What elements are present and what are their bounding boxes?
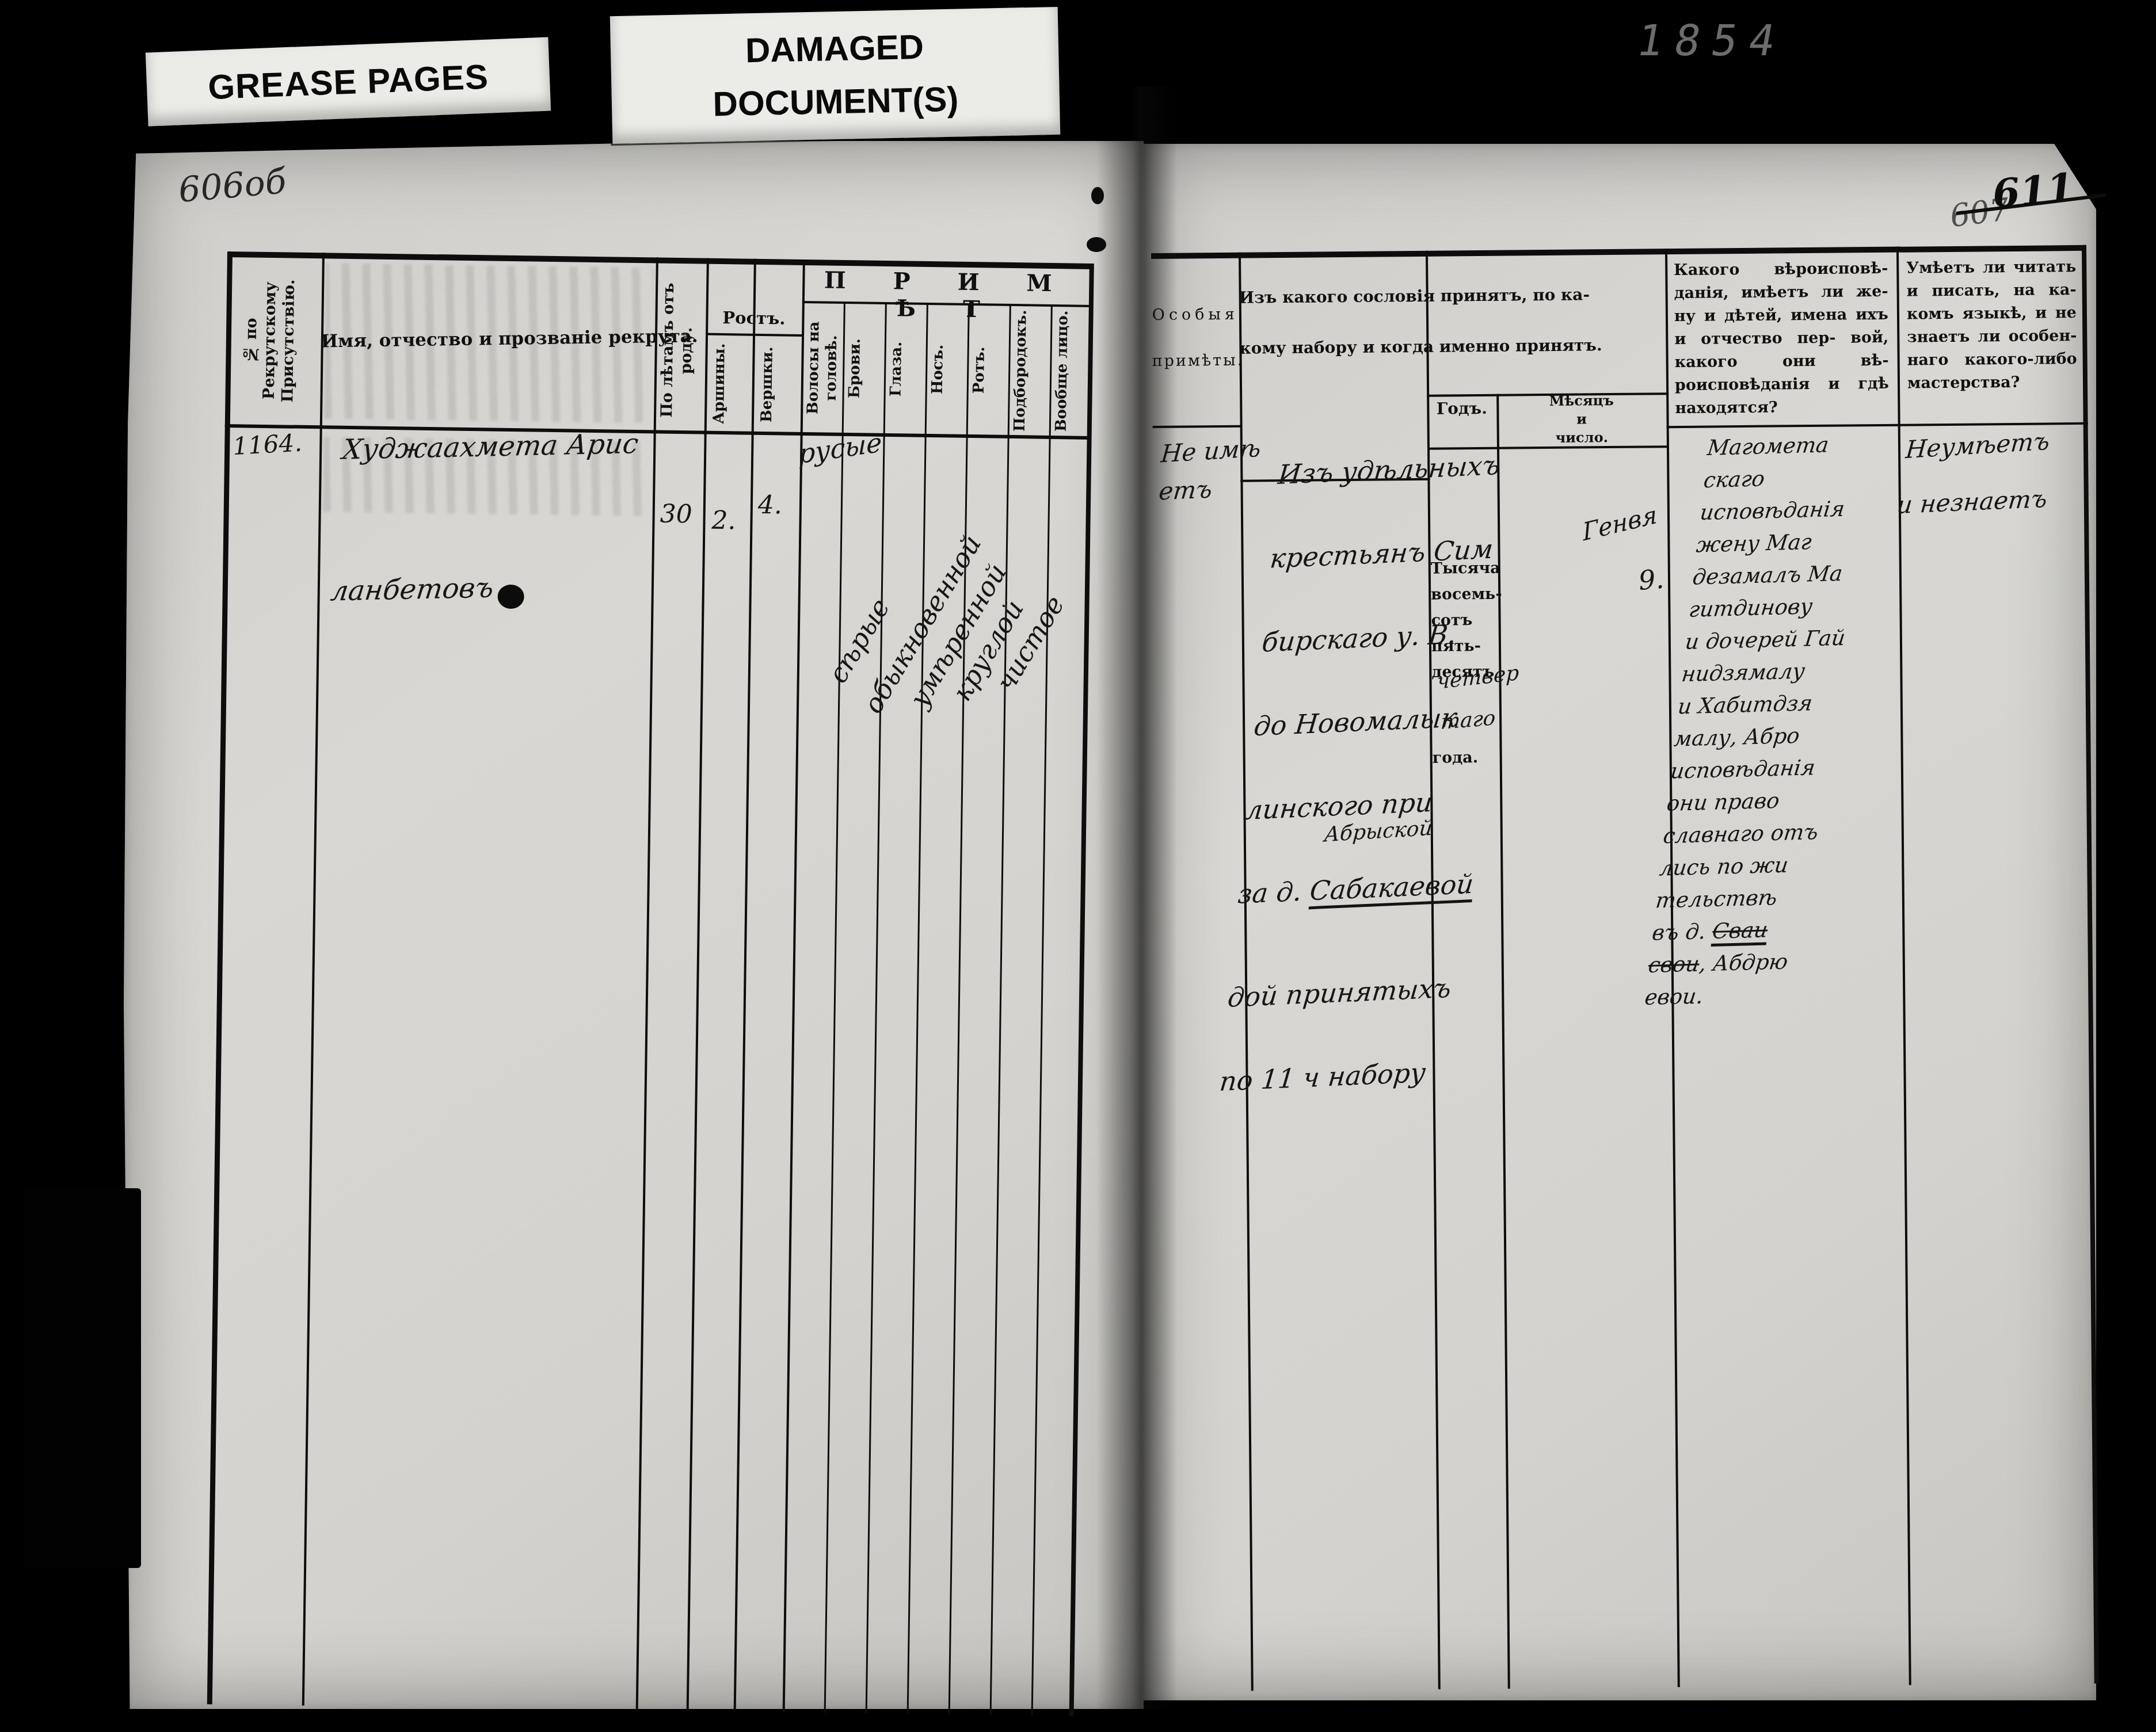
entry-religion-line1: Магомета xyxy=(1705,428,1869,464)
column-header-vershoks: Вершки. xyxy=(758,339,795,430)
entry-religion-line2: скаго xyxy=(1702,460,1865,497)
grid-line xyxy=(687,258,709,1711)
entry-special-marks-line2: етъ xyxy=(1157,475,1213,505)
entry-religion-block: Магомета скаго исповѣданія жену Маг деза… xyxy=(1643,428,1869,1014)
entry-religion-line16a: въ д. xyxy=(1651,919,1714,945)
entry-religion-line10: малу, Абро xyxy=(1673,719,1836,755)
column-header-special-marks-line1: Особыя xyxy=(1152,306,1239,324)
column-header-literacy: Умѣетъ ли читать и писать, на ка- комъ я… xyxy=(1906,255,2077,395)
entry-religion-line6: гитдинову xyxy=(1687,589,1850,625)
entry-religion-line18: евои. xyxy=(1643,978,1807,1014)
column-header-recruit-no: № по Рекрутскому Присутствію. xyxy=(241,262,313,419)
column-header-year: Годъ. xyxy=(1427,399,1496,418)
column-header-face: Вообще лицо. xyxy=(1053,309,1088,434)
spine-black-tab xyxy=(23,1188,141,1568)
column-header-brows: Брови. xyxy=(845,306,881,431)
grid-line xyxy=(824,302,845,1713)
entry-religion-line17a-struck: свои xyxy=(1647,952,1701,978)
column-header-mouth: Ротъ. xyxy=(970,308,1005,433)
right-page-number-ink: 611 xyxy=(1991,165,2076,218)
entry-month: Генвя xyxy=(1582,500,1659,546)
column-header-hair: Волосы на головѣ. xyxy=(804,306,841,430)
entry-religion-line3: исповѣданія xyxy=(1698,493,1862,529)
column-header-month-line2: и xyxy=(1496,410,1666,428)
entry-vershoks: 4. xyxy=(758,490,783,520)
entry-name-line2: ланбетовъ xyxy=(329,572,496,608)
entry-religion-line13: славнаго отъ xyxy=(1662,816,1825,852)
grid-line xyxy=(783,260,805,1712)
entry-recruit-no: 1164. xyxy=(232,429,303,461)
microfilm-frame-counter: 1854 xyxy=(1633,16,1790,66)
grid-line xyxy=(907,303,928,1714)
entry-religion-line17b: , Абдрю xyxy=(1698,949,1789,976)
column-header-chin: Подбородокъ. xyxy=(1011,308,1046,433)
entry-religion-line16: въ д. Сваи xyxy=(1650,913,1814,949)
entry-estate-block: Изъ удѣльныхъ крестьянъ Сим бирскаго у. … xyxy=(1216,423,1518,1124)
entry-estate-line1: Изъ удѣльныхъ xyxy=(1274,423,1518,517)
entry-year-hand-line2: таго xyxy=(1440,706,1496,734)
entry-year-printed-line2: восемь- xyxy=(1431,581,1498,608)
column-header-month-line3: число. xyxy=(1497,428,1667,447)
entry-religion-line15: тельствѣ xyxy=(1654,880,1818,917)
ink-blot xyxy=(497,585,524,609)
document-scan: GREASE PAGES DAMAGED DOCUMENT(S) 1854 60… xyxy=(0,0,2156,1732)
entry-estate-line8: по 11 ч набору xyxy=(1216,1029,1460,1124)
entry-year-suffix: года. xyxy=(1433,749,1500,767)
entry-religion-line11: исповѣданія xyxy=(1669,751,1832,787)
ink-blot xyxy=(1091,187,1104,204)
damaged-document-label: DAMAGED DOCUMENT(S) xyxy=(610,7,1060,144)
entry-religion-line7: и дочерей Гай xyxy=(1683,622,1847,658)
column-header-month-line1: Мѣсяцъ xyxy=(1496,391,1666,410)
entry-religion-line16b-struck: Сваи xyxy=(1711,917,1769,947)
entry-religion-line4: жену Маг xyxy=(1694,525,1858,561)
column-header-eyes: Глаза. xyxy=(887,307,922,432)
entry-estate-line6b-underlined: Сабакаевой xyxy=(1308,868,1475,910)
grease-pages-label: GREASE PAGES xyxy=(146,37,551,127)
grid-line xyxy=(949,303,970,1715)
entry-day: 9. xyxy=(1637,563,1665,596)
column-header-arshins: Аршины. xyxy=(710,339,747,429)
damaged-label-line2: DOCUMENT(S) xyxy=(713,73,959,131)
ink-blot xyxy=(1087,237,1106,252)
grid-line xyxy=(302,253,325,1706)
column-header-special-marks-line2: примѣты. xyxy=(1152,352,1240,370)
entry-year-printed-line3: сотъ пять- xyxy=(1431,607,1499,659)
column-header-estate-line1: Изъ какого сословія принятъ, по ка- xyxy=(1239,287,1426,307)
entry-estate-line7: дой принятыхъ xyxy=(1224,945,1468,1040)
column-header-estate-line2: кому набору и когда именно принятъ. xyxy=(1239,337,1426,358)
entry-arshins: 2. xyxy=(711,506,736,536)
column-header-nose: Носъ. xyxy=(928,307,963,432)
entry-literacy-line2: и незнаетъ xyxy=(1896,484,2049,520)
grid-line xyxy=(1153,425,1242,428)
grease-pages-label-text: GREASE PAGES xyxy=(207,56,489,107)
entry-estate-line6a: за д. xyxy=(1236,875,1312,910)
column-header-age: По лѣтамъ отъ роду. xyxy=(658,273,705,427)
entry-name-line1: Худжаахмета Арис xyxy=(341,428,640,466)
entry-religion-line5: дезамалъ Ма xyxy=(1691,557,1854,593)
column-header-height: Ростъ. xyxy=(706,308,802,329)
entry-religion-line8: нидзямалу xyxy=(1680,654,1843,690)
entry-age: 30 xyxy=(660,499,692,529)
entry-estate-line6: за д. Сабакаевой xyxy=(1234,842,1478,936)
grid-line xyxy=(734,259,756,1712)
grid-line xyxy=(1667,422,2088,428)
entry-year-printed-line1: Тысяча xyxy=(1431,555,1498,582)
column-header-religion: Какого вѣроисповѣ- данія, имѣетъ ли же- … xyxy=(1674,257,1889,420)
entry-religion-line9: и Хабитдзя xyxy=(1676,686,1839,723)
grid-line xyxy=(1031,304,1053,1716)
grid-line xyxy=(990,304,1011,1715)
entry-religion-line12: они право xyxy=(1665,784,1829,820)
entry-religion-line14: лись по жи xyxy=(1658,848,1821,884)
right-table: Особыя примѣты. Изъ какого сословія прин… xyxy=(1151,245,2099,1692)
entry-literacy-line1: Неумѣетъ xyxy=(1904,427,2051,464)
grid-line xyxy=(866,302,887,1714)
damaged-label-line1: DAMAGED xyxy=(745,21,924,77)
entry-religion-line17: свои, Абдрю xyxy=(1647,945,1810,982)
entry-special-marks-line1: Не имѣ xyxy=(1160,434,1262,468)
left-table: П Р И М Ѣ Т № по Рекрутскому Присутствію… xyxy=(207,251,1094,1716)
